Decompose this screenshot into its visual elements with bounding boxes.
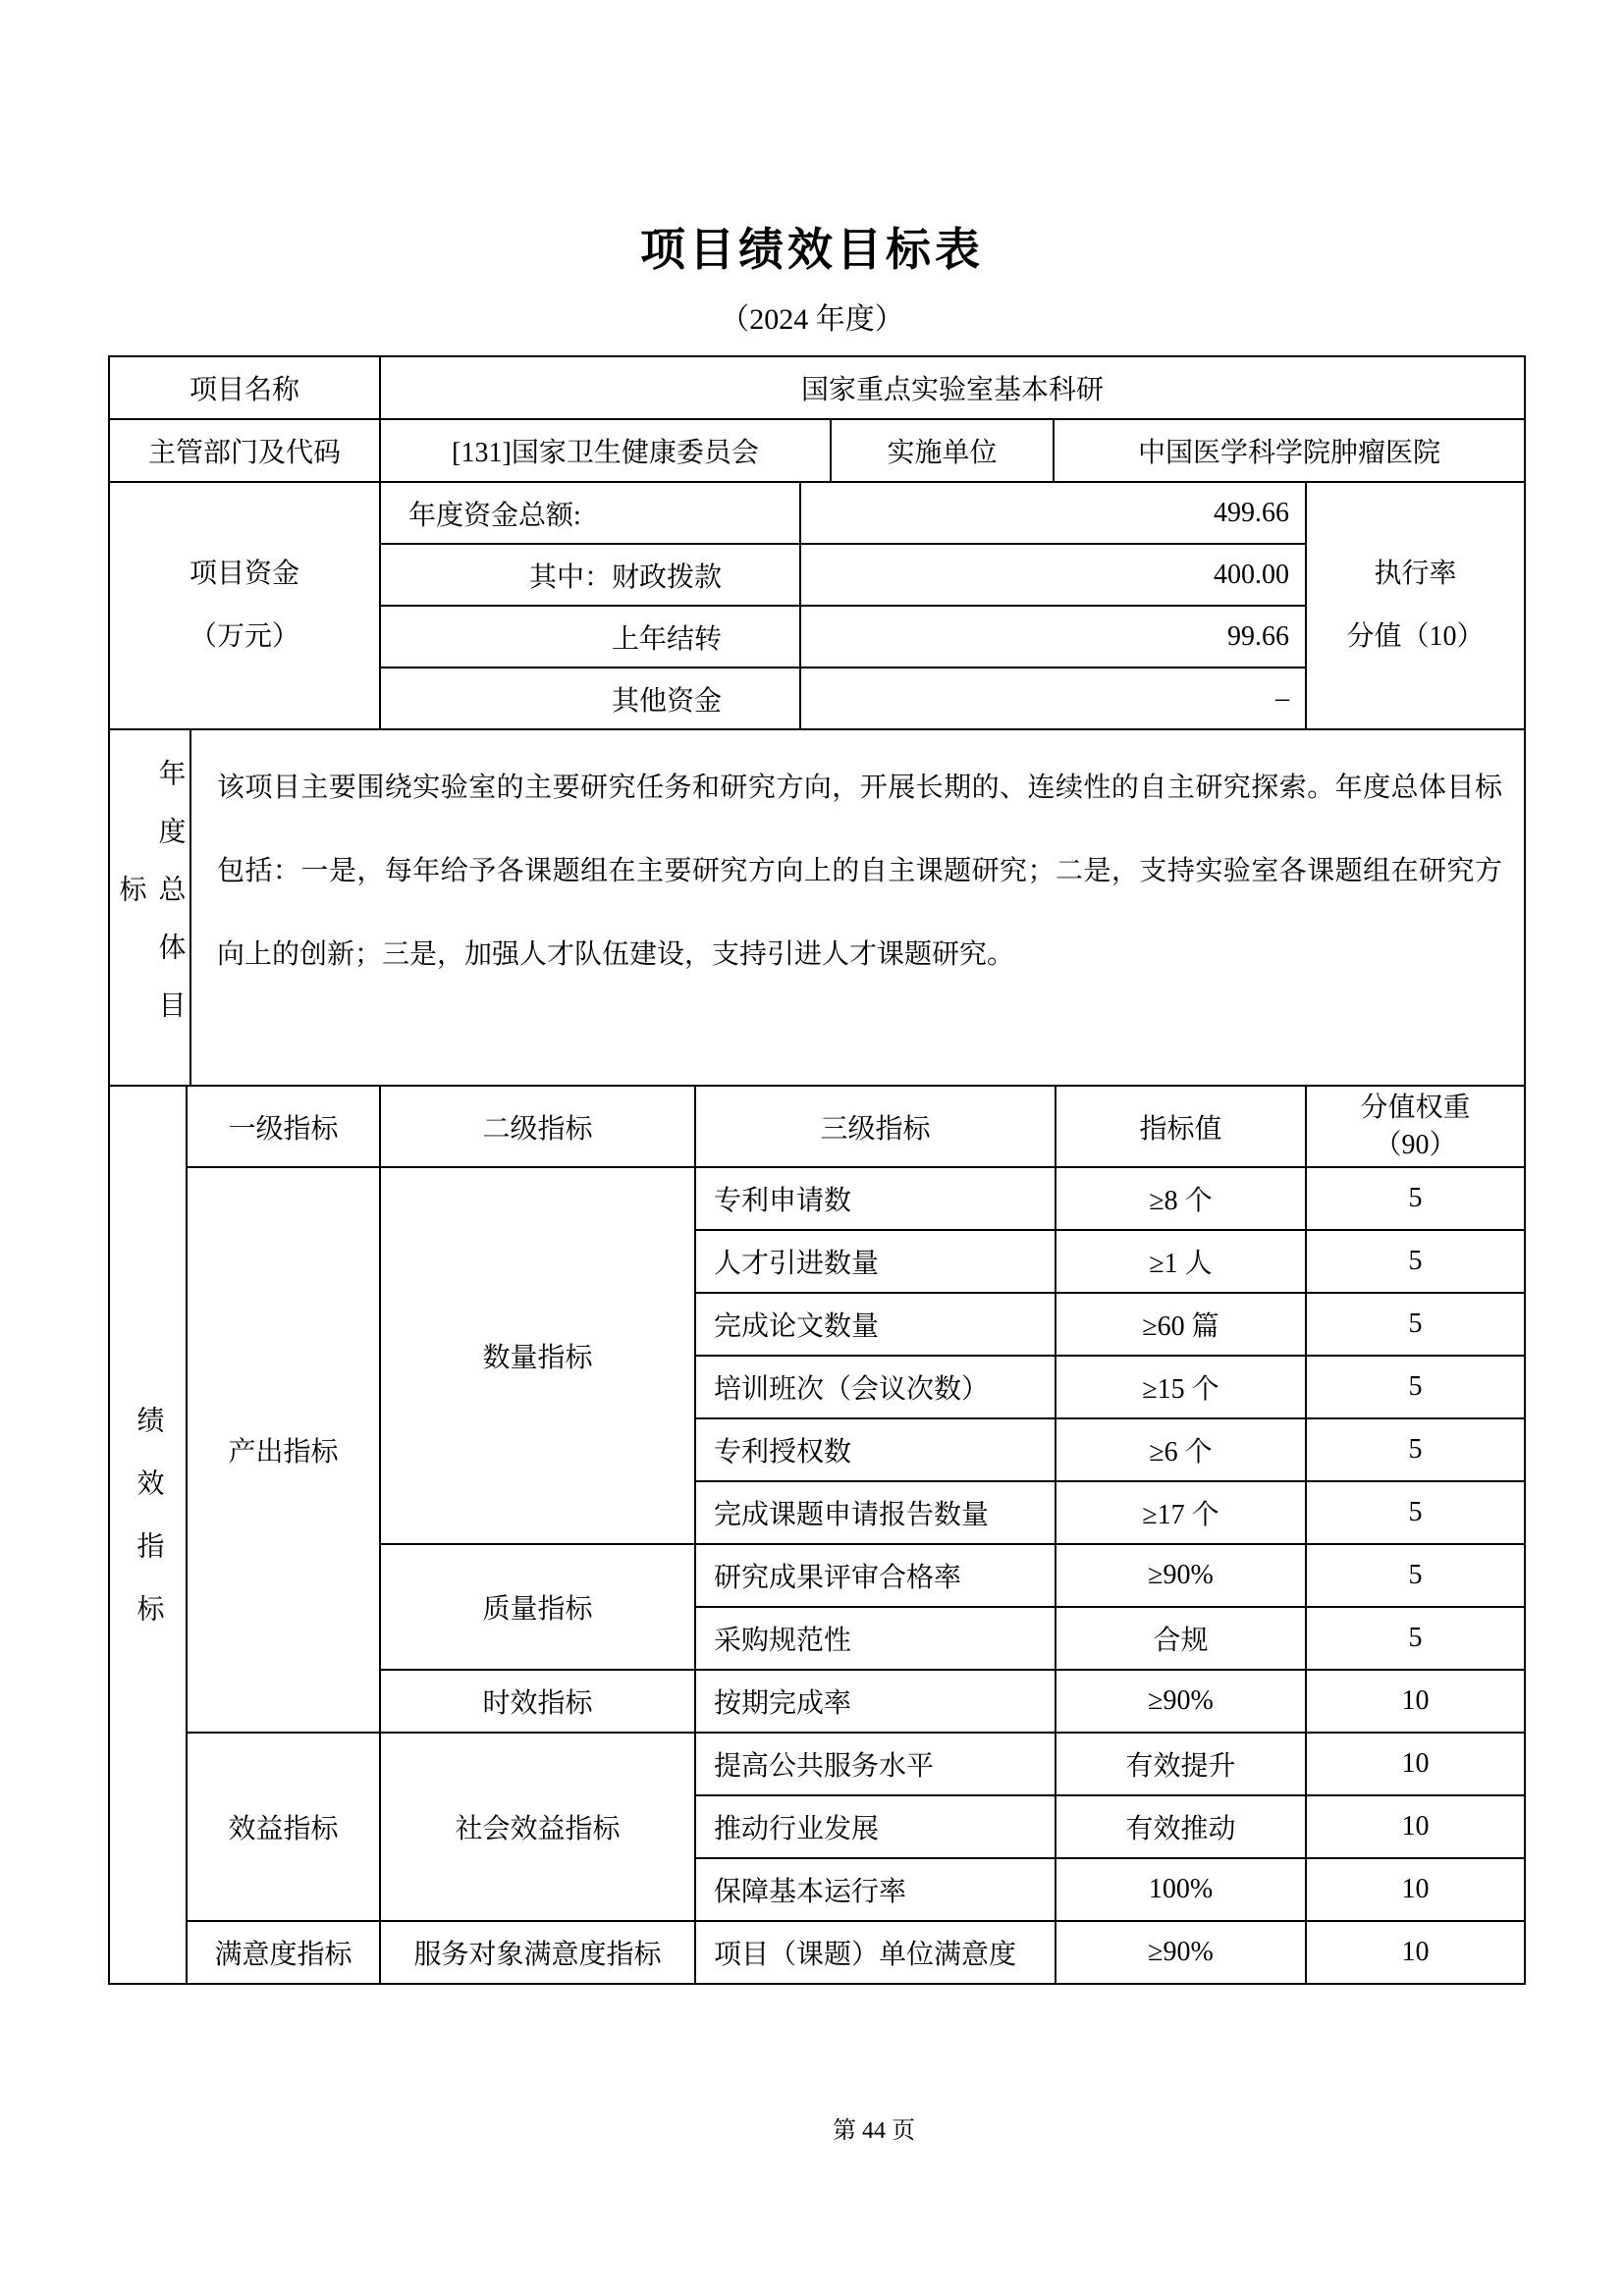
funding-row-value: 499.66	[800, 482, 1306, 544]
indicator-name: 完成课题申请报告数量	[695, 1481, 1056, 1544]
indicator-weight: 5	[1306, 1418, 1525, 1481]
indicators-table: 绩效指标 一级指标 二级指标 三级指标 指标值 分值权重 （90） 产出指标 数…	[108, 1085, 1526, 1985]
page-title: 项目绩效目标表	[0, 214, 1624, 279]
performance-target-table: 项目名称 国家重点实验室基本科研 主管部门及代码 [131]国家卫生健康委员会 …	[108, 355, 1526, 1985]
funding-table: 项目资金 （万元） 年度资金总额: 499.66 执行率 分值（10） 其中：财…	[108, 481, 1526, 730]
indicator-value: ≥60 篇	[1056, 1293, 1306, 1356]
header-weight: 分值权重 （90）	[1306, 1086, 1525, 1167]
indicator-weight: 5	[1306, 1230, 1525, 1293]
indicator-weight: 10	[1306, 1921, 1525, 1984]
project-info-table: 项目名称 国家重点实验室基本科研 主管部门及代码 [131]国家卫生健康委员会 …	[108, 355, 1526, 483]
dept-label: 主管部门及代码	[109, 419, 380, 482]
indicator-value: ≥15 个	[1056, 1356, 1306, 1418]
annual-goal-side-text: 年度总体目标	[111, 730, 189, 1077]
level2-social-benefit: 社会效益指标	[380, 1733, 695, 1921]
header-level2: 二级指标	[380, 1086, 695, 1167]
funding-row-value: –	[800, 667, 1306, 729]
impl-unit-value: 中国医学科学院肿瘤医院	[1054, 419, 1525, 482]
indicator-value: 合规	[1056, 1607, 1306, 1670]
indicator-value: ≥90%	[1056, 1921, 1306, 1984]
indicator-value: ≥90%	[1056, 1544, 1306, 1607]
impl-unit-label: 实施单位	[831, 419, 1054, 482]
indicator-value: ≥6 个	[1056, 1418, 1306, 1481]
level1-output: 产出指标	[187, 1167, 380, 1733]
table-row: 效益指标 社会效益指标 提高公共服务水平 有效提升 10	[109, 1733, 1525, 1795]
execution-rate-line1: 执行率	[1307, 543, 1524, 606]
header-level1: 一级指标	[187, 1086, 380, 1167]
indicator-name: 专利授权数	[695, 1418, 1056, 1481]
indicator-name: 研究成果评审合格率	[695, 1544, 1056, 1607]
indicator-name: 项目（课题）单位满意度	[695, 1921, 1056, 1984]
indicator-weight: 5	[1306, 1607, 1525, 1670]
indicator-name: 提高公共服务水平	[695, 1733, 1056, 1795]
indicator-value: 100%	[1056, 1858, 1306, 1921]
annual-goal-side-label: 年度总体目标	[109, 729, 190, 1086]
indicator-value: ≥17 个	[1056, 1481, 1306, 1544]
dept-value: [131]国家卫生健康委员会	[380, 419, 831, 482]
header-level3: 三级指标	[695, 1086, 1056, 1167]
level2-service-satisfaction: 服务对象满意度指标	[380, 1921, 695, 1984]
indicator-value: 有效提升	[1056, 1733, 1306, 1795]
indicator-value: ≥1 人	[1056, 1230, 1306, 1293]
level2-quality: 质量指标	[380, 1544, 695, 1670]
indicator-name: 按期完成率	[695, 1670, 1056, 1733]
page-number: 第 44 页	[0, 2110, 1624, 2145]
indicator-name: 专利申请数	[695, 1167, 1056, 1230]
page-subtitle: （2024 年度）	[0, 294, 1624, 338]
indicator-name: 保障基本运行率	[695, 1858, 1056, 1921]
indicator-weight: 5	[1306, 1544, 1525, 1607]
indicators-side-label: 绩效指标	[109, 1086, 187, 1984]
funding-header-line2: （万元）	[110, 606, 379, 668]
indicator-weight: 5	[1306, 1167, 1525, 1230]
funding-header-line1: 项目资金	[110, 543, 379, 606]
indicator-name: 培训班次（会议次数）	[695, 1356, 1056, 1418]
level1-satisfaction: 满意度指标	[187, 1921, 380, 1984]
indicator-value: ≥8 个	[1056, 1167, 1306, 1230]
indicator-name: 完成论文数量	[695, 1293, 1056, 1356]
funding-row-label: 年度资金总额:	[380, 482, 800, 544]
funding-row-label: 上年结转	[380, 606, 800, 667]
funding-row-label: 其他资金	[380, 667, 800, 729]
indicator-name: 采购规范性	[695, 1607, 1056, 1670]
header-indicator-value: 指标值	[1056, 1086, 1306, 1167]
indicator-weight: 5	[1306, 1481, 1525, 1544]
indicator-value: 有效推动	[1056, 1795, 1306, 1858]
level1-benefit: 效益指标	[187, 1733, 380, 1921]
level2-timeliness: 时效指标	[380, 1670, 695, 1733]
header-weight-line1: 分值权重	[1307, 1090, 1524, 1127]
funding-row-value: 400.00	[800, 544, 1306, 606]
level2-quantity: 数量指标	[380, 1167, 695, 1544]
indicator-weight: 10	[1306, 1858, 1525, 1921]
indicator-weight: 10	[1306, 1733, 1525, 1795]
execution-rate-line2: 分值（10）	[1307, 606, 1524, 668]
execution-rate-cell: 执行率 分值（10）	[1306, 482, 1525, 729]
indicators-side-text: 绩效指标	[129, 1406, 168, 1657]
table-row: 满意度指标 服务对象满意度指标 项目（课题）单位满意度 ≥90% 10	[109, 1921, 1525, 1984]
table-row: 产出指标 数量指标 专利申请数 ≥8 个 5	[109, 1167, 1525, 1230]
indicator-weight: 5	[1306, 1293, 1525, 1356]
annual-goal-text: 该项目主要围绕实验室的主要研究任务和研究方向，开展长期的、连续性的自主研究探索。…	[190, 729, 1525, 1086]
indicator-weight: 10	[1306, 1795, 1525, 1858]
funding-row-label: 其中：财政拨款	[380, 544, 800, 606]
indicator-value: ≥90%	[1056, 1670, 1306, 1733]
funding-row-value: 99.66	[800, 606, 1306, 667]
project-name-label: 项目名称	[109, 356, 380, 419]
annual-goal-table: 年度总体目标 该项目主要围绕实验室的主要研究任务和研究方向，开展长期的、连续性的…	[108, 728, 1526, 1087]
project-name-value: 国家重点实验室基本科研	[380, 356, 1525, 419]
funding-header: 项目资金 （万元）	[109, 482, 380, 729]
header-weight-line2: （90）	[1307, 1127, 1524, 1164]
indicator-weight: 10	[1306, 1670, 1525, 1733]
indicator-name: 推动行业发展	[695, 1795, 1056, 1858]
indicator-name: 人才引进数量	[695, 1230, 1056, 1293]
indicator-weight: 5	[1306, 1356, 1525, 1418]
document-page: 项目绩效目标表 （2024 年度） 项目名称 国家重点实验室基本科研 主管部门及…	[0, 0, 1624, 2296]
